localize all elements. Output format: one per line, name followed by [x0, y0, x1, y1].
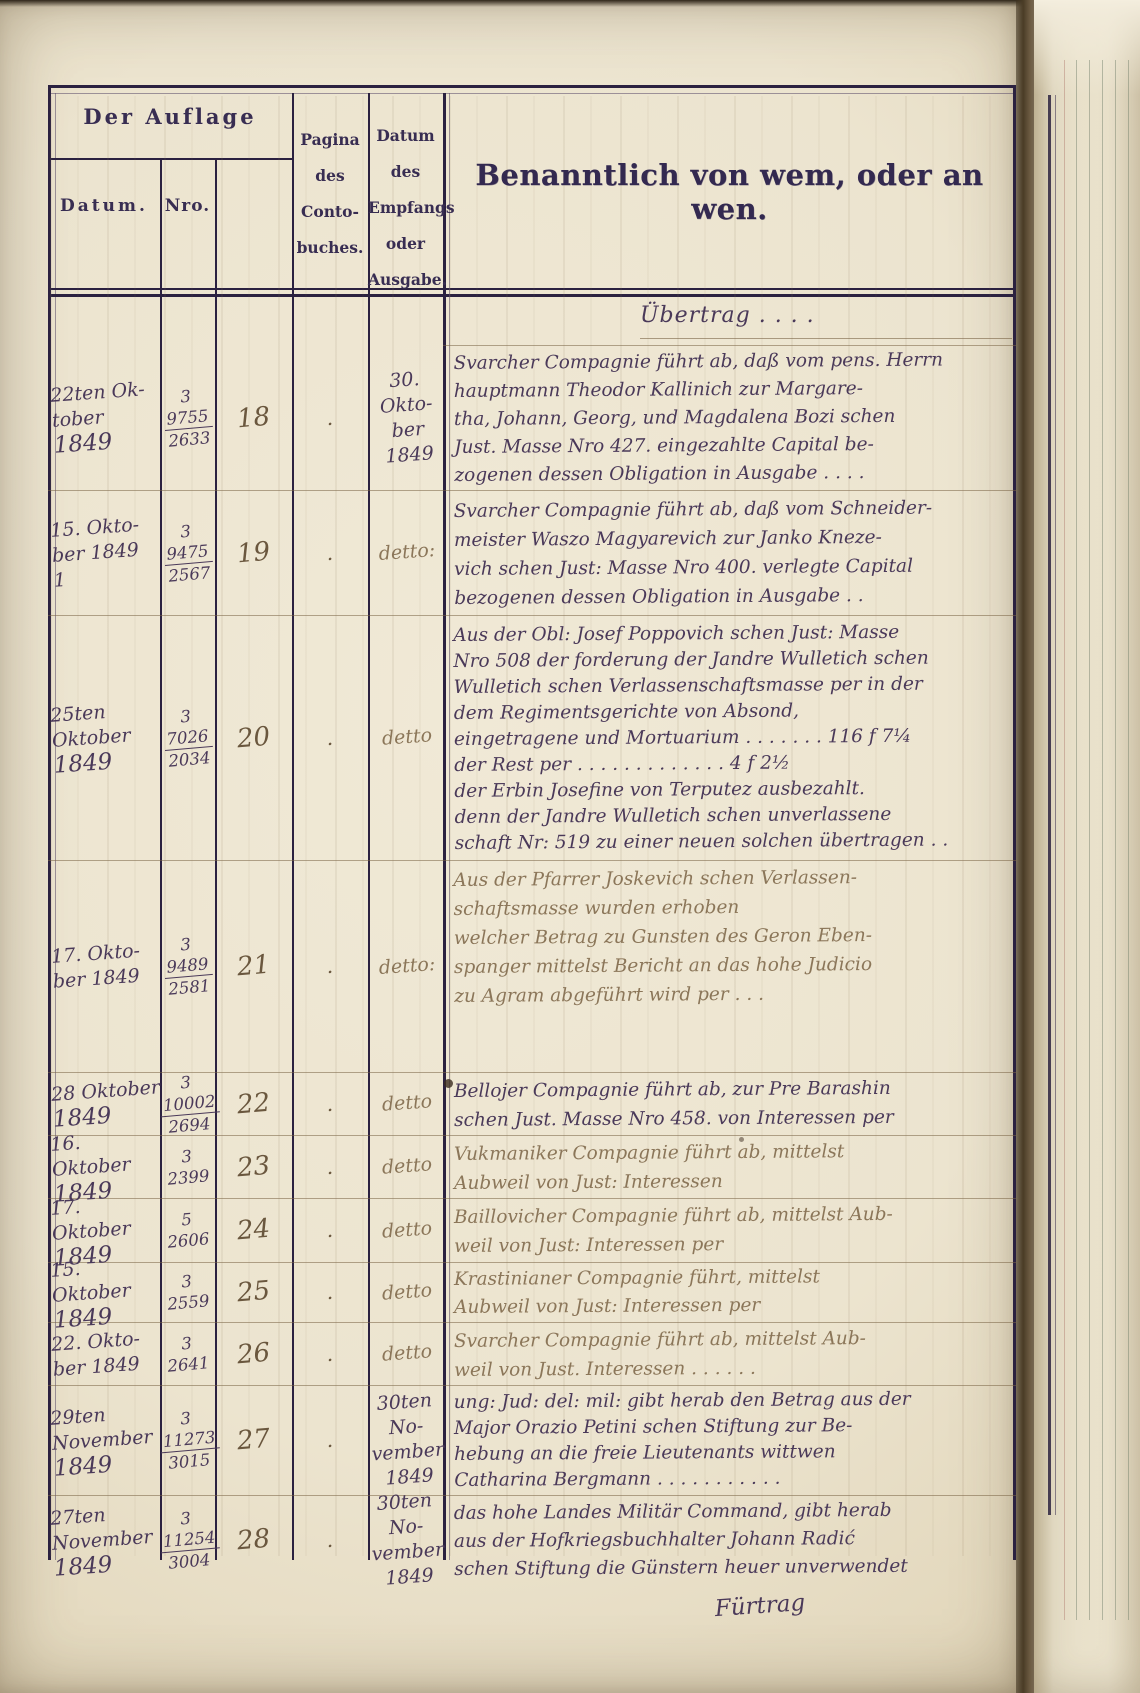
pagina-cell: .	[292, 345, 368, 490]
ink-blot	[739, 1137, 744, 1142]
empfang-line: detto	[367, 1338, 447, 1368]
empfang-cell: 30ten No-vember1849	[364, 1382, 449, 1497]
entry-line: Aubweil von Just: Interessen	[454, 1164, 1020, 1197]
header-empfang-line: Ausgabe.	[368, 262, 443, 298]
entry-line: weil von Just: Interessen per	[454, 1228, 1020, 1261]
entry-line: Bellojer Compagnie führt ab, zur Pre Bar…	[454, 1072, 1020, 1105]
entry-line: das hohe Landes Militär Command, gibt he…	[454, 1496, 1020, 1528]
header-bottom	[48, 288, 1016, 290]
datum-cell: 29tenNovember1849	[48, 1381, 165, 1498]
entry-text: Aus der Obl: Josef Poppovich schen Just:…	[445, 613, 1021, 862]
header-pagina-line: Conto-	[292, 194, 368, 230]
entry-line: Svarcher Compagnie führt ab, daß vom pen…	[454, 345, 1020, 377]
empfang-line: detto:	[367, 537, 447, 567]
entry-row: 29tenNovember1849311273301527.30ten No-v…	[48, 1385, 1016, 1495]
pagina-cell: .	[292, 1385, 368, 1495]
nro-line: 3004	[161, 1549, 218, 1575]
entry-line: Major Orazio Petini schen Stiftung zur B…	[454, 1412, 1020, 1442]
adjacent-rule	[1048, 95, 1051, 1515]
header-nro: Nro.	[160, 196, 215, 216]
entry-line: aus der Hofkriegsbuchhalter Johann Radić	[454, 1524, 1020, 1556]
empfang-line: detto	[367, 722, 447, 752]
nro-line: 2034	[161, 746, 218, 772]
empfang-cell: detto	[366, 1195, 448, 1264]
empfang-cell: detto	[366, 1319, 448, 1387]
header-pagina: Pagina des Conto- buches.	[292, 122, 368, 266]
entry-row: 28 Oktober1849310002269422.dettoBellojer…	[48, 1072, 1016, 1135]
datum-line: 16. Oktober	[50, 1125, 163, 1183]
entry-line: welcher Betrag zu Gunsten des Geron Eben…	[454, 920, 1020, 953]
entry-text: Aus der Pfarrer Joskevich schen Verlasse…	[445, 858, 1020, 1078]
empfang-line: detto:	[367, 951, 447, 981]
entry-line: Vukmaniker Compagnie führt ab, mittelst	[454, 1135, 1020, 1168]
pagina-cell: .	[292, 1322, 368, 1385]
empfang-cell: detto:	[361, 858, 454, 1075]
empfang-line: 30ten No-	[365, 1387, 446, 1442]
entry-line: Baillovicher Compagnie führt ab, mittels…	[454, 1199, 1020, 1232]
pagina-cell: .	[292, 1072, 368, 1135]
entry-row: 16. Oktober18493239923.dettoVukmaniker C…	[48, 1135, 1016, 1198]
entry-line: der Rest per . . . . . . . . . . . . . 4…	[454, 748, 1020, 778]
empfang-cell: 30. Okto-ber 1849	[363, 342, 451, 492]
empfang-cell: detto:	[364, 487, 451, 617]
adjacent-page-edge	[1034, 0, 1140, 1693]
datum-cell: 15. Oktober1849	[50, 1258, 164, 1326]
entry-text: Svarcher Compagnie führt ab, mittelst Au…	[446, 1320, 1020, 1387]
entry-row: 27tenNovember1849311254300428.30ten No-v…	[48, 1495, 1016, 1585]
page-top-edge	[0, 0, 1026, 7]
entry-line: Just. Masse Nro 427. eingezahlte Capital…	[454, 429, 1020, 461]
adjacent-rule	[1055, 95, 1056, 1515]
nro-cell: 3112733015	[155, 1383, 219, 1497]
ink-blot	[444, 1079, 453, 1088]
entry-text: Bellojer Compagnie führt ab, zur Pre Bar…	[446, 1070, 1020, 1137]
pagina-cell: .	[292, 1135, 368, 1198]
entry-line: hauptmann Theodor Kallinich zur Margare-	[454, 373, 1020, 405]
entry-line: Krastinianer Compagnie führt, mittelst	[454, 1262, 1020, 1294]
empfang-line: 30. Okto-	[365, 365, 446, 420]
nro-cell: 52606	[157, 1196, 217, 1265]
nro-line: 2567	[161, 561, 218, 587]
entry-row: 15. Okto-ber 1849139475256719.detto:Svar…	[48, 490, 1016, 615]
adjacent-rule	[1076, 60, 1077, 1620]
empfang-line: detto	[367, 1277, 447, 1307]
nro-cell: 3112543004	[156, 1493, 219, 1587]
header-bottom-heavy	[48, 294, 1016, 297]
entry-line: ung: Jud: del: mil: gibt herab den Betra…	[454, 1386, 1020, 1416]
journal-article-cell: 23	[212, 1132, 294, 1201]
adjacent-rule	[1128, 60, 1129, 1620]
journal-article-cell: 27	[210, 1382, 296, 1498]
nro-line: 2633	[161, 426, 218, 452]
pagina-cell: .	[292, 860, 368, 1072]
entry-line: meister Waszo Magyarevich zur Janko Knez…	[454, 521, 1020, 554]
nro-cell: 32559	[157, 1260, 217, 1325]
entry-line: Aubweil von Just: Interessen per	[454, 1290, 1020, 1322]
empfang-cell: detto	[366, 1259, 448, 1324]
entry-line: hebung an die freie Lieutenants wittwen	[454, 1438, 1020, 1468]
entry-line: dem Regimentsgerichte von Absond,	[454, 696, 1020, 726]
nro-line: 2559	[160, 1290, 217, 1316]
entry-line: Aus der Obl: Josef Poppovich schen Just:…	[453, 618, 1019, 648]
nro-line: 3015	[161, 1449, 218, 1475]
entry-line: der Erbin Josefine von Terputez ausbezah…	[454, 774, 1020, 804]
entry-line: zogenen dessen Obligation in Ausgabe . .…	[454, 457, 1020, 489]
entry-line: Svarcher Compagnie führt ab, daß vom Sch…	[454, 492, 1020, 525]
adjacent-rule	[1115, 60, 1116, 1620]
empfang-line: detto	[367, 1215, 447, 1245]
journal-article-cell: 22	[212, 1069, 294, 1138]
entry-line: zu Agram abgeführt wird per . . .	[454, 978, 1020, 1011]
entry-line: tha, Johann, Georg, und Magdalena Bozi s…	[454, 401, 1020, 433]
entry-text: ung: Jud: del: mil: gibt herab den Betra…	[446, 1383, 1021, 1497]
nro-line: 2399	[160, 1164, 217, 1190]
journal-article-cell: 19	[210, 487, 298, 618]
entry-line: Svarcher Compagnie führt ab, mittelst Au…	[454, 1322, 1020, 1355]
entry-text: das hohe Landes Militär Command, gibt he…	[446, 1493, 1021, 1587]
entry-line: spanger mittelst Bericht an das hohe Jud…	[454, 949, 1020, 982]
uebertrag-carryover: Übertrag . . . .	[640, 303, 1012, 339]
datum-line: 1849	[53, 426, 164, 459]
journal-article-cell: 28	[211, 1492, 296, 1588]
datum-cell: 27tenNovember1849	[49, 1491, 165, 1588]
adjacent-rule	[1089, 60, 1090, 1620]
nro-cell: 3100022694	[157, 1070, 217, 1138]
entry-row: 25tenOktober184937026203420.dettoAus der…	[48, 615, 1016, 860]
entry-row: 17. Oktober18495260624.dettoBaillovicher…	[48, 1198, 1016, 1262]
empfang-line: detto	[367, 1151, 447, 1181]
entry-text: Svarcher Compagnie führt ab, daß vom Sch…	[446, 488, 1021, 617]
header-empfang-line: Empfangs	[368, 190, 443, 226]
entry-line: denn der Jandre Wulletich schen unverlas…	[454, 800, 1020, 830]
datum-cell: 15. Okto-ber 18491	[48, 486, 166, 618]
header-pagina-line: des	[292, 158, 368, 194]
header-empfang-line: oder	[368, 226, 443, 262]
adjacent-rule	[1064, 60, 1065, 1620]
entry-text: Krastinianer Compagnie führt, mittelstAu…	[446, 1260, 1020, 1324]
nro-cell: 32399	[157, 1133, 217, 1201]
ledger-page-scan: Der Auflage Datum. Nro. Journals- Artike…	[0, 0, 1140, 1693]
entry-row: 15. Oktober18493255925.dettoKrastinianer…	[48, 1262, 1016, 1322]
frame-top	[48, 85, 1016, 88]
pagina-cell: .	[292, 1198, 368, 1262]
empfang-line: 30ten No-	[365, 1487, 446, 1542]
empfang-cell: detto	[366, 1069, 448, 1137]
pagina-cell: .	[292, 1262, 368, 1322]
datum-line: 17. Oktober	[50, 1189, 163, 1247]
empfang-line: detto	[367, 1088, 447, 1118]
nro-line: 2641	[160, 1351, 217, 1377]
entry-line: schaft Nr: 519 zu einer neuen solchen üb…	[455, 826, 1021, 856]
entry-row: 17. Okto-ber 184939489258121.detto:Aus d…	[48, 860, 1016, 1072]
nro-line: 2581	[161, 975, 218, 1001]
header-der-auflage: Der Auflage	[48, 104, 292, 129]
empfang-cell: 30ten No-vember1849	[365, 1492, 449, 1587]
adjacent-page-corner	[1034, 0, 1140, 95]
entry-row: 22ten Ok-tober184939755263318.30. Okto-b…	[48, 345, 1016, 490]
adjacent-rule	[1102, 60, 1103, 1620]
empfang-line: ber 1849	[368, 415, 449, 470]
journal-article-cell: 25	[213, 1259, 295, 1325]
entry-line: schen Just. Masse Nro 458. von Interesse…	[454, 1101, 1020, 1134]
entry-line: eingetragene und Mortuarium . . . . . . …	[454, 722, 1020, 752]
pagina-cell: .	[292, 490, 368, 615]
entry-row: 22. Okto-ber 18493264126.dettoSvarcher C…	[48, 1322, 1016, 1385]
datum-cell: 22. Okto-ber 1849	[50, 1318, 164, 1389]
entry-line: weil von Just. Interessen . . . . . .	[454, 1351, 1020, 1384]
header-benanntlich: Benanntlich von wem, oder an wen.	[443, 158, 1016, 226]
datum-line: 15. Oktober	[50, 1251, 163, 1309]
header-empfang-line: Datum des	[368, 118, 443, 190]
pagina-cell: .	[292, 1495, 368, 1585]
journal-article-cell: 26	[212, 1319, 294, 1388]
entry-line: Catharina Bergmann . . . . . . . . . . .	[454, 1464, 1020, 1494]
header-datum: Datum.	[48, 196, 160, 216]
entry-line: Wulletich schen Verlassenschaftsmasse pe…	[454, 670, 1020, 700]
entry-line: vich schen Just: Masse Nro 400. verlegte…	[454, 550, 1020, 583]
entry-line: bezogenen dessen Obligation in Ausgabe .…	[454, 579, 1020, 612]
header-pagina-line: buches.	[292, 230, 368, 266]
pagina-cell: .	[292, 615, 368, 860]
entry-line: Aus der Pfarrer Joskevich schen Verlasse…	[453, 862, 1019, 895]
datum-line: 1849	[53, 746, 164, 779]
nro-line: 2606	[160, 1228, 217, 1254]
empfang-cell: detto	[360, 613, 455, 863]
journal-article-cell: 24	[212, 1195, 294, 1265]
journal-article-cell: 18	[209, 342, 298, 493]
header-empfang: Datum des Empfangs oder Ausgabe.	[368, 118, 443, 298]
empfang-cell: detto	[366, 1132, 448, 1200]
frame-top-inner	[48, 93, 1016, 94]
entry-text: Baillovicher Compagnie führt ab, mittels…	[446, 1196, 1020, 1264]
entry-line: schen Stiftung die Günstern heuer unverw…	[454, 1552, 1020, 1584]
datum-cell: 17. Okto-ber 1849	[45, 856, 170, 1075]
der-auflage-rule	[48, 158, 292, 160]
entry-line: Nro 508 der forderung der Jandre Wulleti…	[453, 644, 1019, 674]
nro-cell: 32641	[157, 1320, 217, 1388]
header-pagina-line: Pagina	[292, 122, 368, 158]
entry-text: Svarcher Compagnie führt ab, daß vom pen…	[446, 343, 1021, 492]
datum-cell: 22ten Ok-tober1849	[47, 341, 167, 493]
entry-line: schaftsmasse wurden erhoben	[453, 891, 1019, 924]
entry-text: Vukmaniker Compagnie führt ab, mittelstA…	[446, 1133, 1020, 1200]
